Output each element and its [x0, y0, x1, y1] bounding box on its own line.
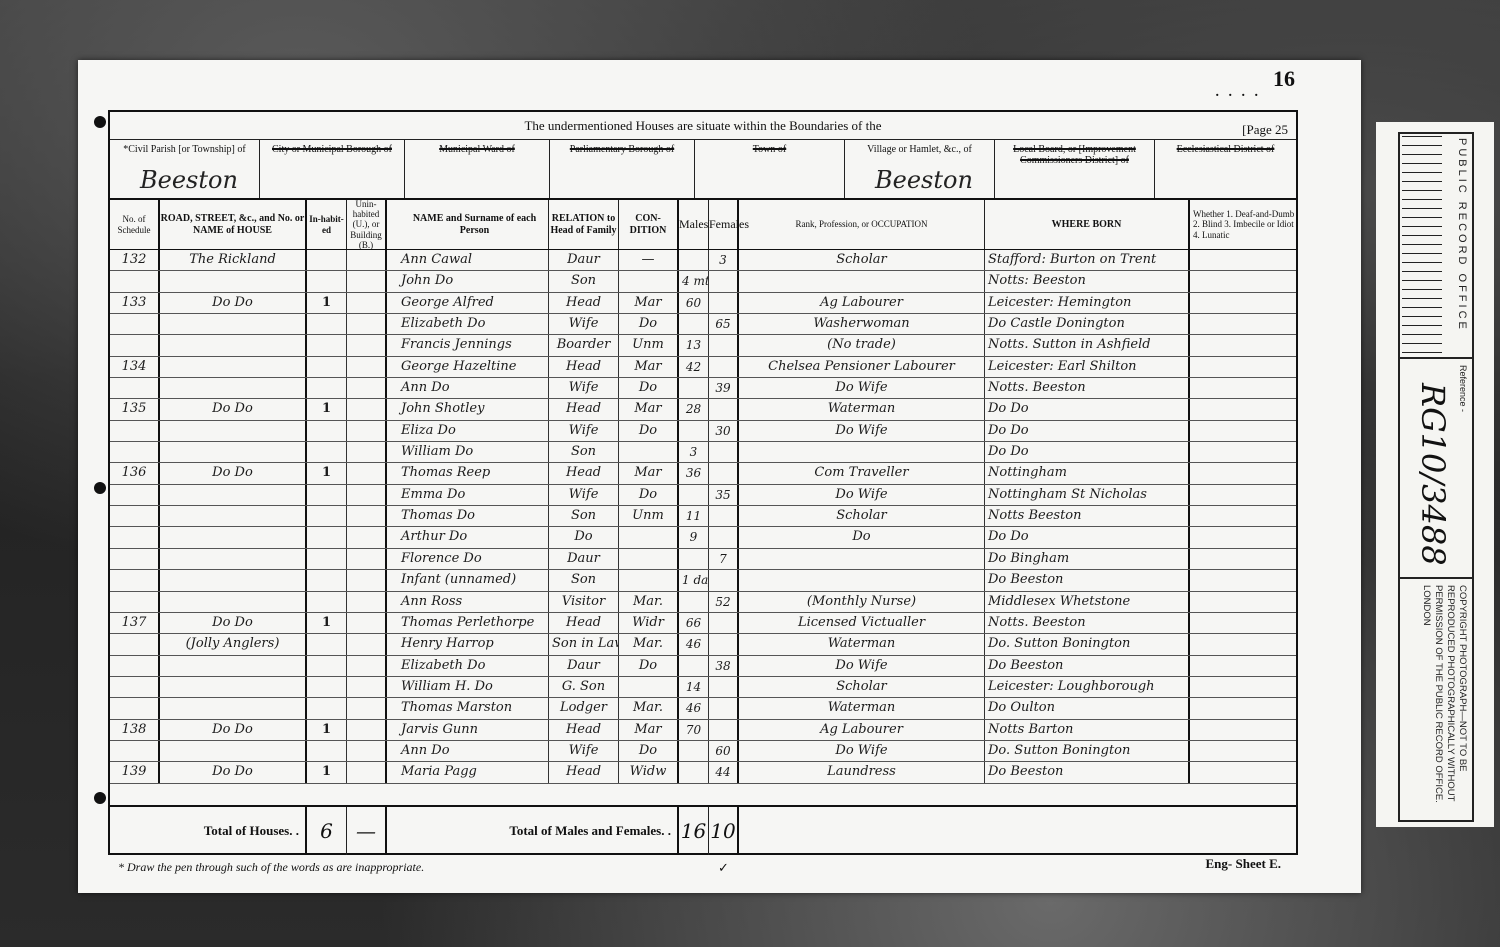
- row-inhabited: [307, 677, 347, 697]
- total-females-value: 10: [710, 819, 735, 843]
- district-parliamentary: Parliamentary Borough of: [550, 140, 695, 198]
- row-male-age: [679, 549, 709, 569]
- row-inhabited: [307, 442, 347, 462]
- row-name: Eliza Do: [387, 421, 549, 441]
- table-row: Emma DoWifeDo35Do WifeNottingham St Nich…: [110, 485, 1296, 506]
- row-male-age: 36: [679, 463, 709, 483]
- copyright-notice: COPYRIGHT PHOTOGRAPH—NOT TO BE REPRODUCE…: [1420, 585, 1468, 820]
- row-condition: Mar: [619, 357, 679, 377]
- totals-blank: [739, 807, 1296, 855]
- row-road: [160, 527, 307, 547]
- table-row: Thomas MarstonLodgerMar.46WatermanDo Oul…: [110, 698, 1296, 719]
- row-male-age: 3: [679, 442, 709, 462]
- row-schedule: [110, 506, 160, 526]
- row-schedule: 138: [110, 720, 160, 740]
- row-schedule: 137: [110, 613, 160, 633]
- row-where-born: Do Beeston: [985, 656, 1190, 676]
- row-name: Thomas Do: [387, 506, 549, 526]
- row-male-age: 4 mths: [679, 271, 709, 291]
- row-schedule: 133: [110, 293, 160, 313]
- row-uninhabited: [347, 570, 387, 590]
- census-page: 16 . . . . The undermentioned Houses are…: [78, 60, 1361, 893]
- table-row: William DoSon3Do Do: [110, 442, 1296, 463]
- table-row: Francis JenningsBoarderUnm13(No trade)No…: [110, 335, 1296, 356]
- row-inhabited: 1: [307, 720, 347, 740]
- row-where-born: Notts: Beeston: [985, 271, 1190, 291]
- district-label: *Civil Parish [or Township] of: [114, 144, 255, 155]
- col-where-born: WHERE BORN: [985, 200, 1190, 249]
- office-label: PUBLIC RECORD OFFICE: [1456, 138, 1468, 332]
- row-male-age: 46: [679, 634, 709, 654]
- row-occupation: (No trade): [739, 335, 985, 355]
- row-infirmity: [1190, 399, 1296, 419]
- row-male-age: [679, 314, 709, 334]
- row-schedule: [110, 741, 160, 761]
- row-female-age: [709, 463, 739, 483]
- row-male-age: 42: [679, 357, 709, 377]
- district-label: Municipal Ward of: [439, 144, 515, 155]
- reference-card-frame: PUBLIC RECORD OFFICE Reference - RG10/34…: [1398, 132, 1474, 822]
- row-road: [160, 314, 307, 334]
- row-relation: Lodger: [549, 698, 619, 718]
- row-name: Ann Ross: [387, 592, 549, 612]
- row-male-age: 28: [679, 399, 709, 419]
- total-houses-uninhabited-value: —: [356, 819, 376, 843]
- eng-sheet-label: Eng- Sheet E.: [1206, 856, 1281, 872]
- col-occupation: Rank, Profession, or OCCUPATION: [739, 200, 985, 249]
- district-header: *Civil Parish [or Township] of Beeston C…: [110, 140, 1296, 200]
- row-infirmity: [1190, 314, 1296, 334]
- row-where-born: Notts. Beeston: [985, 378, 1190, 398]
- row-condition: [619, 271, 679, 291]
- col-road-label: ROAD, STREET, &c., and No. or NAME of HO…: [160, 213, 305, 236]
- row-female-age: 3: [709, 250, 739, 270]
- totals-row: Total of Houses. . 6 — Total of Males an…: [110, 805, 1296, 855]
- row-schedule: 135: [110, 399, 160, 419]
- row-female-age: [709, 698, 739, 718]
- census-form: The undermentioned Houses are situate wi…: [108, 110, 1298, 855]
- row-schedule: [110, 271, 160, 291]
- row-female-age: [709, 720, 739, 740]
- reference-card: PUBLIC RECORD OFFICE Reference - RG10/34…: [1376, 122, 1494, 827]
- row-male-age: [679, 741, 709, 761]
- row-infirmity: [1190, 527, 1296, 547]
- row-infirmity: [1190, 656, 1296, 676]
- row-uninhabited: [347, 463, 387, 483]
- row-occupation: Scholar: [739, 677, 985, 697]
- row-female-age: [709, 506, 739, 526]
- row-occupation: [739, 271, 985, 291]
- row-occupation: Waterman: [739, 399, 985, 419]
- row-infirmity: [1190, 549, 1296, 569]
- row-condition: Do: [619, 741, 679, 761]
- row-occupation: Do Wife: [739, 741, 985, 761]
- row-road: [160, 549, 307, 569]
- row-condition: Widw: [619, 762, 679, 782]
- row-inhabited: [307, 357, 347, 377]
- row-uninhabited: [347, 357, 387, 377]
- row-female-age: [709, 357, 739, 377]
- district-label: City or Municipal Borough of: [272, 144, 392, 155]
- row-relation: Son in Law: [549, 634, 619, 654]
- row-infirmity: [1190, 698, 1296, 718]
- col-age-males: Males: [679, 200, 709, 249]
- row-infirmity: [1190, 741, 1296, 761]
- row-condition: [619, 442, 679, 462]
- row-name: Ann Do: [387, 378, 549, 398]
- row-infirmity: [1190, 335, 1296, 355]
- banner: The undermentioned Houses are situate wi…: [110, 112, 1296, 140]
- row-uninhabited: [347, 613, 387, 633]
- row-where-born: Leicester: Earl Shilton: [985, 357, 1190, 377]
- row-infirmity: [1190, 421, 1296, 441]
- row-relation: Daur: [549, 549, 619, 569]
- row-relation: Wife: [549, 378, 619, 398]
- row-inhabited: [307, 592, 347, 612]
- row-uninhabited: [347, 271, 387, 291]
- row-infirmity: [1190, 378, 1296, 398]
- table-row: Eliza DoWifeDo30Do WifeDo Do: [110, 421, 1296, 442]
- row-inhabited: [307, 378, 347, 398]
- row-road: Do Do: [160, 613, 307, 633]
- row-inhabited: [307, 634, 347, 654]
- sheet-number: 16: [1273, 66, 1295, 92]
- table-row: Florence DoDaur7Do Bingham: [110, 549, 1296, 570]
- row-male-age: [679, 378, 709, 398]
- col-condition-label: CON-DITION: [619, 213, 677, 236]
- reference-value: RG10/3488: [1414, 383, 1452, 566]
- row-occupation: (Monthly Nurse): [739, 592, 985, 612]
- col-schedule: No. of Schedule: [110, 200, 160, 249]
- table-row: Ann DoWifeDo60Do WifeDo. Sutton Boningto…: [110, 741, 1296, 762]
- row-road: [160, 677, 307, 697]
- district-village: Village or Hamlet, &c., of Beeston: [845, 140, 995, 198]
- row-female-age: [709, 634, 739, 654]
- footnote: * Draw the pen through such of the words…: [118, 860, 424, 875]
- row-inhabited: [307, 698, 347, 718]
- row-infirmity: [1190, 677, 1296, 697]
- row-where-born: Do. Sutton Bonington: [985, 634, 1190, 654]
- row-schedule: [110, 442, 160, 462]
- row-male-age: 11: [679, 506, 709, 526]
- ruler-ticks: [1402, 136, 1442, 355]
- row-name: Emma Do: [387, 485, 549, 505]
- row-road: Do Do: [160, 720, 307, 740]
- col-relation: RELATION to Head of Family: [549, 200, 619, 249]
- row-relation: Son: [549, 506, 619, 526]
- row-condition: Mar: [619, 293, 679, 313]
- row-infirmity: [1190, 506, 1296, 526]
- row-male-age: 70: [679, 720, 709, 740]
- row-occupation: Washerwoman: [739, 314, 985, 334]
- table-row: Thomas DoSonUnm11ScholarNotts Beeston: [110, 506, 1296, 527]
- row-condition: Do: [619, 378, 679, 398]
- row-where-born: Notts. Beeston: [985, 613, 1190, 633]
- row-name: Ann Do: [387, 741, 549, 761]
- row-female-age: [709, 399, 739, 419]
- row-female-age: [709, 293, 739, 313]
- punch-hole-icon: [94, 792, 106, 804]
- row-male-age: 66: [679, 613, 709, 633]
- table-row: 138Do Do1Jarvis GunnHeadMar70Ag Labourer…: [110, 720, 1296, 741]
- check-mark-icon: ✓: [718, 860, 729, 876]
- row-uninhabited: [347, 399, 387, 419]
- row-where-born: Notts Barton: [985, 720, 1190, 740]
- row-condition: Do: [619, 314, 679, 334]
- row-schedule: [110, 570, 160, 590]
- row-occupation: Laundress: [739, 762, 985, 782]
- total-houses-label: Total of Houses. .: [110, 807, 307, 855]
- table-row: 132The RicklandAnn CawalDaur—3ScholarSta…: [110, 250, 1296, 271]
- row-inhabited: 1: [307, 613, 347, 633]
- row-schedule: [110, 485, 160, 505]
- row-schedule: [110, 527, 160, 547]
- row-inhabited: [307, 421, 347, 441]
- row-uninhabited: [347, 762, 387, 782]
- row-relation: G. Son: [549, 677, 619, 697]
- copyright-box: COPYRIGHT PHOTOGRAPH—NOT TO BE REPRODUCE…: [1400, 579, 1472, 820]
- row-condition: Mar: [619, 463, 679, 483]
- row-name: Francis Jennings: [387, 335, 549, 355]
- district-value: Beeston: [140, 166, 238, 194]
- col-inhabited: In-habit-ed: [307, 200, 347, 249]
- row-name: Maria Pagg: [387, 762, 549, 782]
- row-uninhabited: [347, 378, 387, 398]
- row-infirmity: [1190, 250, 1296, 270]
- row-relation: Daur: [549, 250, 619, 270]
- row-female-age: 35: [709, 485, 739, 505]
- row-inhabited: [307, 741, 347, 761]
- row-relation: Head: [549, 357, 619, 377]
- col-age-females: Females: [709, 200, 739, 249]
- row-uninhabited: [347, 250, 387, 270]
- table-row: 134George HazeltineHeadMar42Chelsea Pens…: [110, 357, 1296, 378]
- row-relation: Visitor: [549, 592, 619, 612]
- district-label: Ecclesiastical District of: [1177, 144, 1275, 155]
- row-female-age: [709, 613, 739, 633]
- row-schedule: 139: [110, 762, 160, 782]
- row-name: George Alfred: [387, 293, 549, 313]
- row-female-age: 7: [709, 549, 739, 569]
- row-road: [160, 271, 307, 291]
- total-males-value: 16: [681, 819, 706, 843]
- row-schedule: 134: [110, 357, 160, 377]
- row-infirmity: [1190, 613, 1296, 633]
- row-name: George Hazeltine: [387, 357, 549, 377]
- row-infirmity: [1190, 762, 1296, 782]
- row-name: Jarvis Gunn: [387, 720, 549, 740]
- row-uninhabited: [347, 549, 387, 569]
- row-where-born: Do Bingham: [985, 549, 1190, 569]
- row-female-age: [709, 335, 739, 355]
- row-schedule: [110, 634, 160, 654]
- row-occupation: Do: [739, 527, 985, 547]
- col-uninhabited: Unin-habited (U.), or Building (B.): [347, 200, 387, 249]
- row-infirmity: [1190, 442, 1296, 462]
- row-occupation: Licensed Victualler: [739, 613, 985, 633]
- row-male-age: [679, 485, 709, 505]
- row-schedule: [110, 421, 160, 441]
- row-road: (Jolly Anglers): [160, 634, 307, 654]
- col-infirmity: Whether 1. Deaf-and-Dumb 2. Blind 3. Imb…: [1190, 200, 1296, 249]
- district-label: Local Board, or [Improvement Commissione…: [1013, 144, 1136, 166]
- row-inhabited: [307, 570, 347, 590]
- scale-ruler: PUBLIC RECORD OFFICE: [1400, 134, 1472, 359]
- row-infirmity: [1190, 293, 1296, 313]
- row-where-born: Do Do: [985, 399, 1190, 419]
- row-uninhabited: [347, 506, 387, 526]
- row-infirmity: [1190, 463, 1296, 483]
- row-where-born: Leicester: Hemington: [985, 293, 1190, 313]
- census-rows: 132The RicklandAnn CawalDaur—3ScholarSta…: [110, 250, 1296, 805]
- row-female-age: [709, 677, 739, 697]
- row-uninhabited: [347, 720, 387, 740]
- row-relation: Head: [549, 613, 619, 633]
- row-condition: Mar: [619, 399, 679, 419]
- table-row: John DoSon4 mthsNotts: Beeston: [110, 271, 1296, 292]
- row-infirmity: [1190, 271, 1296, 291]
- row-uninhabited: [347, 485, 387, 505]
- row-male-age: [679, 656, 709, 676]
- row-occupation: Com Traveller: [739, 463, 985, 483]
- row-inhabited: [307, 250, 347, 270]
- row-male-age: [679, 250, 709, 270]
- row-road: [160, 656, 307, 676]
- row-schedule: [110, 335, 160, 355]
- row-uninhabited: [347, 698, 387, 718]
- row-uninhabited: [347, 677, 387, 697]
- reference-box: Reference - RG10/3488: [1400, 359, 1472, 579]
- row-relation: Head: [549, 720, 619, 740]
- row-name: John Shotley: [387, 399, 549, 419]
- table-row: 133Do Do1George AlfredHeadMar60Ag Labour…: [110, 293, 1296, 314]
- table-row: Ann DoWifeDo39Do WifeNotts. Beeston: [110, 378, 1296, 399]
- row-road: [160, 506, 307, 526]
- column-headers: No. of Schedule ROAD, STREET, &c., and N…: [110, 200, 1296, 250]
- row-female-age: 30: [709, 421, 739, 441]
- row-road: [160, 592, 307, 612]
- row-occupation: Scholar: [739, 506, 985, 526]
- row-where-born: Notts. Sutton in Ashfield: [985, 335, 1190, 355]
- row-name: Elizabeth Do: [387, 314, 549, 334]
- col-condition: CON-DITION: [619, 200, 679, 249]
- row-relation: Son: [549, 442, 619, 462]
- row-where-born: Do Do: [985, 527, 1190, 547]
- row-road: Do Do: [160, 399, 307, 419]
- row-name: William H. Do: [387, 677, 549, 697]
- row-road: [160, 357, 307, 377]
- row-occupation: [739, 570, 985, 590]
- total-houses-inhabited-value: 6: [320, 819, 333, 843]
- row-inhabited: 1: [307, 463, 347, 483]
- row-name: Elizabeth Do: [387, 656, 549, 676]
- row-where-born: Nottingham St Nicholas: [985, 485, 1190, 505]
- total-persons-label: Total of Males and Females. .: [387, 807, 679, 855]
- row-female-age: 65: [709, 314, 739, 334]
- row-male-age: [679, 762, 709, 782]
- row-uninhabited: [347, 314, 387, 334]
- district-label: Parliamentary Borough of: [570, 144, 674, 155]
- row-inhabited: 1: [307, 399, 347, 419]
- row-where-born: Notts Beeston: [985, 506, 1190, 526]
- total-houses-uninhabited: —: [347, 807, 387, 855]
- row-schedule: 132: [110, 250, 160, 270]
- sheet-dots: . . . .: [1216, 85, 1262, 101]
- row-infirmity: [1190, 634, 1296, 654]
- row-uninhabited: [347, 656, 387, 676]
- row-male-age: [679, 592, 709, 612]
- row-where-born: Nottingham: [985, 463, 1190, 483]
- row-occupation: Do Wife: [739, 421, 985, 441]
- row-uninhabited: [347, 421, 387, 441]
- row-road: [160, 378, 307, 398]
- district-borough: City or Municipal Borough of: [260, 140, 405, 198]
- row-condition: [619, 570, 679, 590]
- table-row: Elizabeth DoDaurDo38Do WifeDo Beeston: [110, 656, 1296, 677]
- table-row: Ann RossVisitorMar.52(Monthly Nurse)Midd…: [110, 592, 1296, 613]
- row-schedule: [110, 378, 160, 398]
- row-condition: [619, 677, 679, 697]
- row-name: Thomas Marston: [387, 698, 549, 718]
- row-occupation: Ag Labourer: [739, 720, 985, 740]
- row-female-age: [709, 570, 739, 590]
- row-name: John Do: [387, 271, 549, 291]
- district-ward: Municipal Ward of: [405, 140, 550, 198]
- row-condition: Do: [619, 485, 679, 505]
- row-schedule: [110, 549, 160, 569]
- row-inhabited: [307, 656, 347, 676]
- row-infirmity: [1190, 720, 1296, 740]
- row-where-born: Do Castle Donington: [985, 314, 1190, 334]
- row-condition: Unm: [619, 506, 679, 526]
- row-inhabited: [307, 527, 347, 547]
- row-uninhabited: [347, 335, 387, 355]
- row-occupation: Ag Labourer: [739, 293, 985, 313]
- row-male-age: 14: [679, 677, 709, 697]
- table-row: 139Do Do1Maria PaggHeadWidw44LaundressDo…: [110, 762, 1296, 783]
- row-schedule: [110, 656, 160, 676]
- row-occupation: [739, 549, 985, 569]
- row-condition: [619, 549, 679, 569]
- row-schedule: [110, 592, 160, 612]
- row-condition: [619, 527, 679, 547]
- row-uninhabited: [347, 293, 387, 313]
- row-relation: Wife: [549, 314, 619, 334]
- row-condition: —: [619, 250, 679, 270]
- row-road: Do Do: [160, 463, 307, 483]
- row-infirmity: [1190, 592, 1296, 612]
- row-name: Ann Cawal: [387, 250, 549, 270]
- district-local-board: Local Board, or [Improvement Commissione…: [995, 140, 1155, 198]
- row-female-age: 38: [709, 656, 739, 676]
- row-where-born: Do. Sutton Bonington: [985, 741, 1190, 761]
- row-name: Thomas Reep: [387, 463, 549, 483]
- row-condition: Widr: [619, 613, 679, 633]
- row-female-age: 44: [709, 762, 739, 782]
- total-houses-inhabited: 6: [307, 807, 347, 855]
- row-male-age: 60: [679, 293, 709, 313]
- row-relation: Boarder: [549, 335, 619, 355]
- row-infirmity: [1190, 570, 1296, 590]
- row-inhabited: [307, 485, 347, 505]
- row-relation: Wife: [549, 421, 619, 441]
- row-road: The Rickland: [160, 250, 307, 270]
- row-condition: Do: [619, 421, 679, 441]
- row-infirmity: [1190, 357, 1296, 377]
- row-inhabited: [307, 549, 347, 569]
- row-relation: Son: [549, 271, 619, 291]
- row-road: Do Do: [160, 762, 307, 782]
